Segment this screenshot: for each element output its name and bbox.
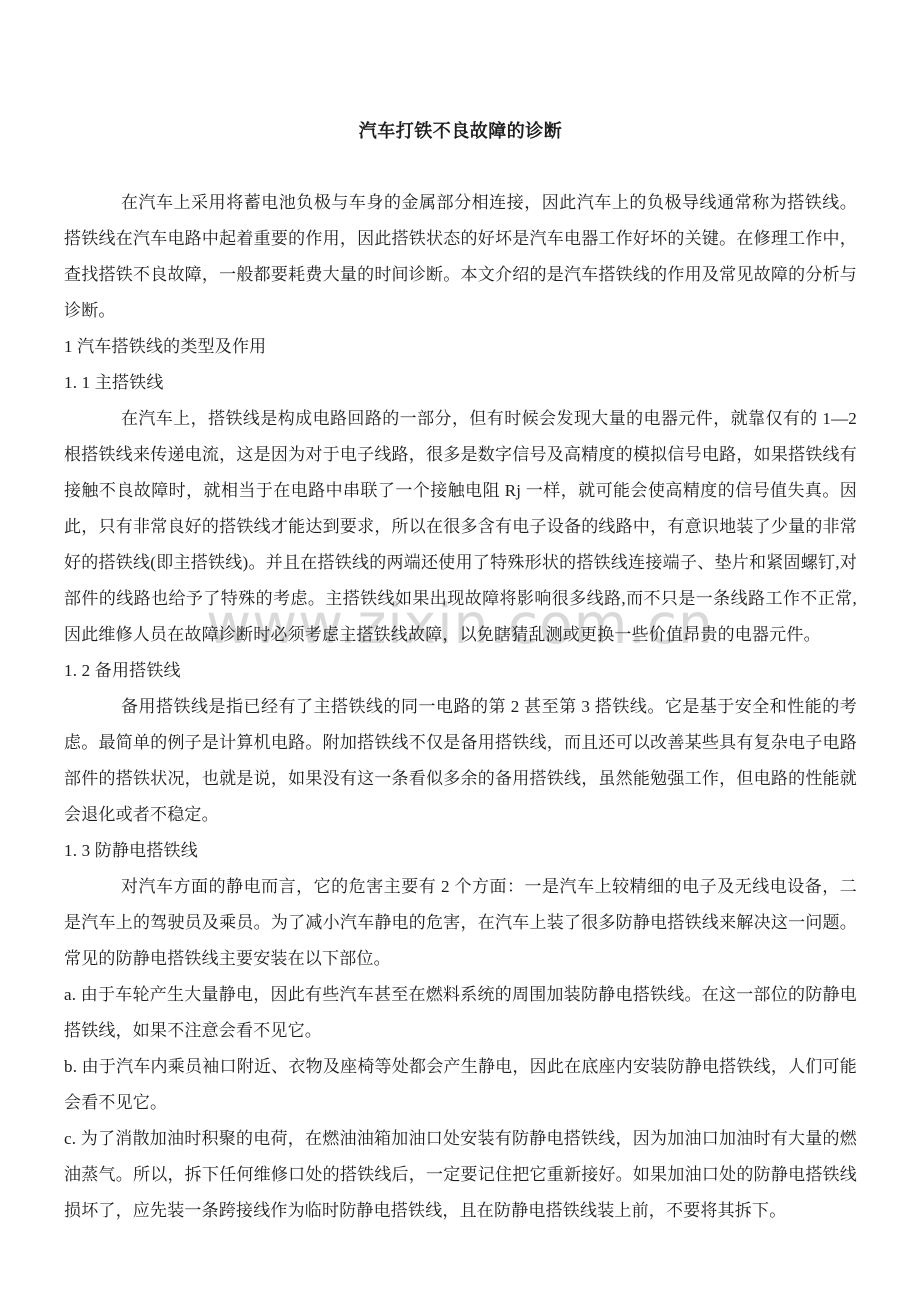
- section-1-2-heading: 1. 2 备用搭铁线: [64, 653, 857, 689]
- section-1-1-heading: 1. 1 主搭铁线: [64, 365, 857, 401]
- list-item-c: c. 为了消散加油时积聚的电荷，在燃油油箱加油口处安装有防静电搭铁线，因为加油口…: [64, 1121, 857, 1229]
- document-page: www.zixin.com.cn 汽车打铁不良故障的诊断 在汽车上采用将蓄电池负…: [0, 0, 920, 1302]
- list-item-a: a. 由于车轮产生大量静电，因此有些汽车甚至在燃料系统的周围加装防静电搭铁线。在…: [64, 977, 857, 1049]
- document-title: 汽车打铁不良故障的诊断: [64, 113, 857, 149]
- list-item-b: b. 由于汽车内乘员袖口附近、衣物及座椅等处都会产生静电，因此在底座内安装防静电…: [64, 1049, 857, 1121]
- section-1-2-paragraph: 备用搭铁线是指已经有了主搭铁线的同一电路的第 2 甚至第 3 搭铁线。它是基于安…: [64, 689, 857, 833]
- section-1-heading: 1 汽车搭铁线的类型及作用: [64, 329, 857, 365]
- section-1-1-paragraph: 在汽车上，搭铁线是构成电路回路的一部分，但有时候会发现大量的电器元件，就靠仅有的…: [64, 401, 857, 653]
- document-body: 汽车打铁不良故障的诊断 在汽车上采用将蓄电池负极与车身的金属部分相连接，因此汽车…: [0, 0, 920, 1229]
- section-1-3-paragraph: 对汽车方面的静电而言，它的危害主要有 2 个方面：一是汽车上较精细的电子及无线电…: [64, 869, 857, 977]
- section-1-3-heading: 1. 3 防静电搭铁线: [64, 833, 857, 869]
- intro-paragraph: 在汽车上采用将蓄电池负极与车身的金属部分相连接，因此汽车上的负极导线通常称为搭铁…: [64, 185, 857, 329]
